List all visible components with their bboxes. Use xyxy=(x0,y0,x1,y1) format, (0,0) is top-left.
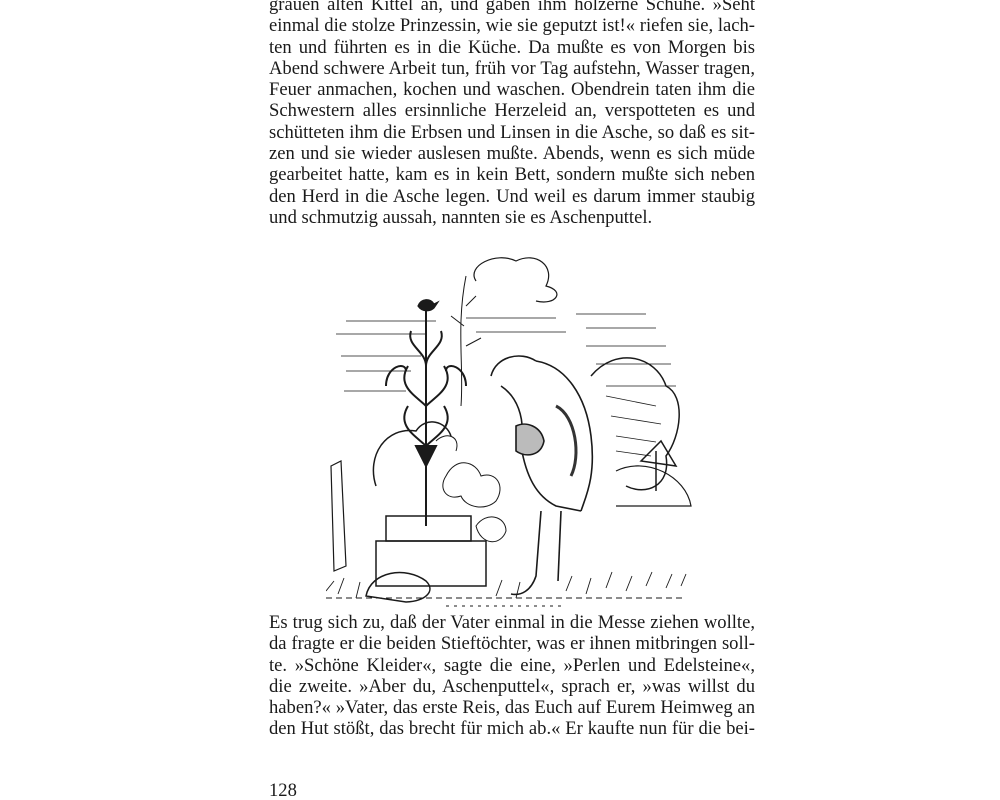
text-line: haben?« »Vater, das erste Reis, das Euch… xyxy=(269,697,755,718)
page-number: 128 xyxy=(269,780,297,800)
illustration-engraving xyxy=(326,246,696,610)
text-line: die zweite. »Aber du, Aschenputtel«, spr… xyxy=(269,676,755,697)
text-line: ten und führten es in die Küche. Da mußt… xyxy=(269,37,755,58)
text-line: und schmutzig aussah, nannten sie es Asc… xyxy=(269,207,755,228)
text-line: grauen alten Kittel an, und gaben ihm hö… xyxy=(269,0,755,15)
text-line: Schwestern alles ersinnliche Herzeleid a… xyxy=(269,100,755,121)
text-line: schütteten ihm die Erbsen und Linsen in … xyxy=(269,122,755,143)
text-line: einmal die stolze Prinzessin, wie sie ge… xyxy=(269,15,755,36)
text-line: den Herd in die Asche legen. Und weil es… xyxy=(269,186,755,207)
text-line: da fragte er die beiden Stieftöchter, wa… xyxy=(269,633,755,654)
paragraph-2: Es trug sich zu, daß der Vater einmal in… xyxy=(269,612,755,740)
text-line: Es trug sich zu, daß der Vater einmal in… xyxy=(269,612,755,633)
text-line: gearbeitet hatte, kam es in kein Bett, s… xyxy=(269,164,755,185)
book-page: grauen alten Kittel an, und gaben ihm hö… xyxy=(0,0,1000,800)
text-line: te. »Schöne Kleider«, sagte die eine, »P… xyxy=(269,655,755,676)
text-line: zen und sie wieder auslesen mußte. Abend… xyxy=(269,143,755,164)
text-line: Feuer anmachen, kochen und waschen. Oben… xyxy=(269,79,755,100)
text-line: den Hut stößt, das brecht für mich ab.« … xyxy=(269,718,755,739)
text-line: Abend schwere Arbeit tun, früh vor Tag a… xyxy=(269,58,755,79)
paragraph-1: grauen alten Kittel an, und gaben ihm hö… xyxy=(269,0,755,228)
